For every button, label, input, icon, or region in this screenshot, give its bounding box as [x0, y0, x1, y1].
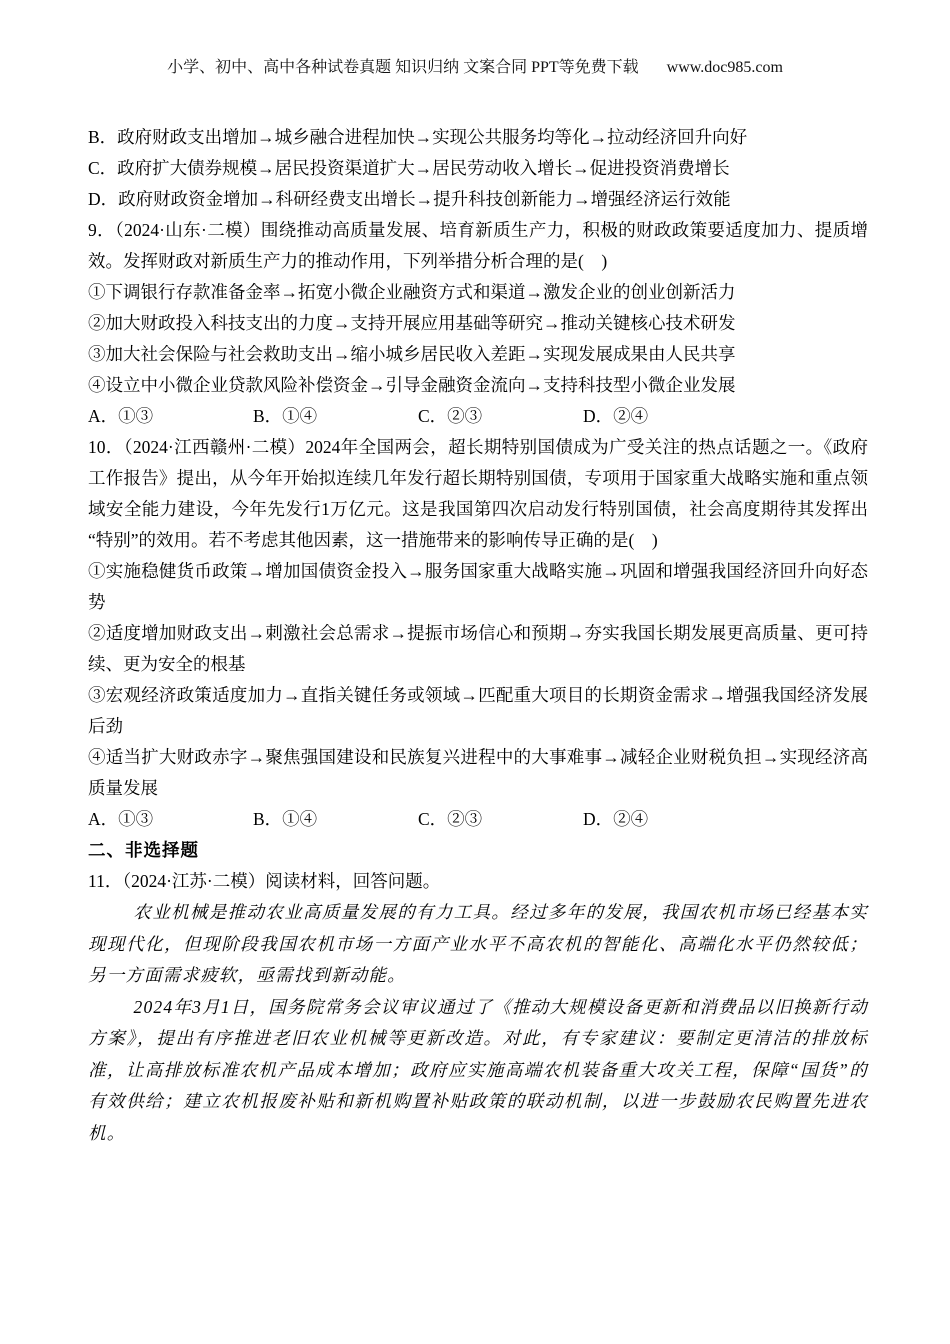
question-10-item-3: ③宏观经济政策适度加力→直指关键任务或领域→匹配重大项目的长期资金需求→增强我国…: [88, 680, 868, 742]
section-2-heading: 二、非选择题: [88, 835, 868, 866]
question-11-material-paragraph-1: 农业机械是推动农业高质量发展的有力工具。经过多年的发展，我国农机市场已经基本实现…: [88, 897, 868, 992]
question-10-choice-d: D．②④: [583, 804, 648, 835]
question-10-choice-c: C．②③: [418, 804, 583, 835]
question-11-stem: 11．（2024·江苏·二模）阅读材料，回答问题。: [88, 866, 868, 897]
question-10-item-4: ④适当扩大财政赤字→聚焦强国建设和民族复兴进程中的大事难事→减轻企业财税负担→实…: [88, 742, 868, 804]
question-9-item-1: ①下调银行存款准备金率→拓宽小微企业融资方式和渠道→激发企业的创业创新活力: [88, 277, 868, 308]
question-9-choice-c: C．②③: [418, 401, 583, 432]
question-9-choice-b: B．①④: [253, 401, 418, 432]
question-10-item-1: ①实施稳健货币政策→增加国债资金投入→服务国家重大战略实施→巩固和增强我国经济回…: [88, 556, 868, 618]
question-11-material-paragraph-2: 2024年3月1日，国务院常务会议审议通过了《推动大规模设备更新和消费品以旧换新…: [88, 992, 868, 1150]
question-9-choice-d: D．②④: [583, 401, 648, 432]
header-site-url: www.doc985.com: [667, 59, 783, 76]
exam-content: B．政府财政支出增加→城乡融合进程加快→实现公共服务均等化→拉动经济回升向好 C…: [88, 122, 868, 1149]
question-10-choice-a: A．①③: [88, 804, 253, 835]
question-10-item-2: ②适度增加财政支出→刺激社会总需求→提振市场信心和预期→夯实我国长期发展更高质量…: [88, 618, 868, 680]
question-9-choices-row: A．①③ B．①④ C．②③ D．②④: [88, 401, 868, 432]
option-line-b: B．政府财政支出增加→城乡融合进程加快→实现公共服务均等化→拉动经济回升向好: [88, 122, 868, 153]
question-10-stem: 10．（2024·江西赣州·二模）2024年全国两会，超长期特别国债成为广受关注…: [88, 432, 868, 556]
option-line-c: C．政府扩大债券规模→居民投资渠道扩大→居民劳动收入增长→促进投资消费增长: [88, 153, 868, 184]
question-9-stem: 9．（2024·山东·二模）围绕推动高质量发展、培育新质生产力，积极的财政政策要…: [88, 215, 868, 277]
page-header: 小学、初中、高中各种试卷真题 知识归纳 文案合同 PPT等免费下载www.doc…: [0, 54, 950, 77]
question-9-item-3: ③加大社会保险与社会救助支出→缩小城乡居民收入差距→实现发展成果由人民共享: [88, 339, 868, 370]
question-10-choices-row: A．①③ B．①④ C．②③ D．②④: [88, 804, 868, 835]
question-9-choice-a: A．①③: [88, 401, 253, 432]
header-promo-text: 小学、初中、高中各种试卷真题 知识归纳 文案合同 PPT等免费下载: [167, 59, 639, 76]
option-line-d: D．政府财政资金增加→科研经费支出增长→提升科技创新能力→增强经济运行效能: [88, 184, 868, 215]
exam-document-page: 小学、初中、高中各种试卷真题 知识归纳 文案合同 PPT等免费下载www.doc…: [0, 0, 950, 1344]
question-9-item-4: ④设立中小微企业贷款风险补偿资金→引导金融资金流向→支持科技型小微企业发展: [88, 370, 868, 401]
question-9-item-2: ②加大财政投入科技支出的力度→支持开展应用基础等研究→推动关键核心技术研发: [88, 308, 868, 339]
question-10-choice-b: B．①④: [253, 804, 418, 835]
